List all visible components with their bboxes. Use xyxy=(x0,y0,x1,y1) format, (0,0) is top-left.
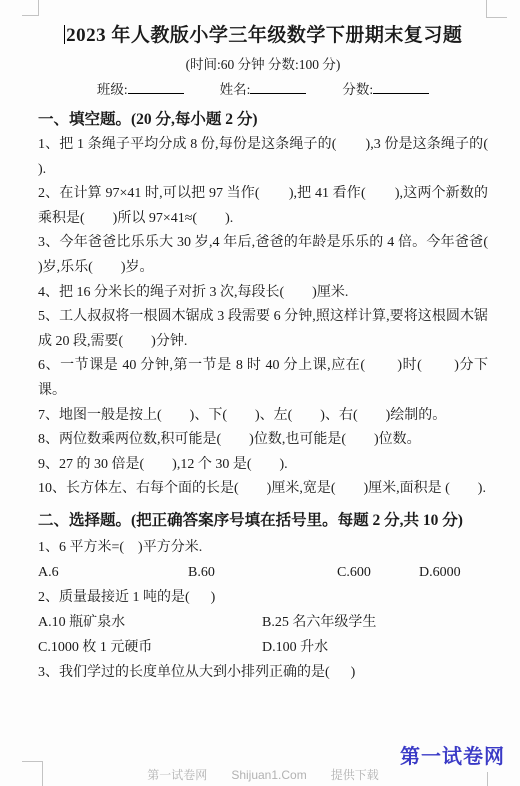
option-c: C.600 xyxy=(337,560,419,585)
fill-question-9: 9、27 的 30 倍是( ),12 个 30 是( ). xyxy=(38,453,488,478)
fill-question-2: 2、在计算 97×41 时,可以把 97 当作( ),把 41 看作( ),这两… xyxy=(38,182,488,231)
document-content: 2023 年人教版小学三年级数学下册期末复习题 (时间:60 分钟 分数:100… xyxy=(38,0,488,685)
fill-question-10: 10、长方体左、右每个面的长是( )厘米,宽是( )厘米,面积是 ( ). xyxy=(38,477,488,502)
exam-info-line: (时间:60 分钟 分数:100 分) xyxy=(38,57,488,73)
score-field: 分数: xyxy=(342,81,429,97)
choice-question-1: 1、6 平方米=( )平方分米. xyxy=(38,535,488,560)
section1-heading: 一、填空题。(20 分,每小题 2 分) xyxy=(38,110,488,129)
choice-question-2: 2、质量最接近 1 吨的是( ) xyxy=(38,585,488,610)
name-field: 姓名: xyxy=(220,81,307,97)
name-label: 姓名: xyxy=(220,82,251,97)
choice-question-3: 3、我们学过的长度单位从大到小排列正确的是( ) xyxy=(38,660,488,685)
document-page: 2023 年人教版小学三年级数学下册期末复习题 (时间:60 分钟 分数:100… xyxy=(0,0,520,786)
option-d: D.6000 xyxy=(419,560,461,585)
option-b: B.60 xyxy=(188,560,337,585)
margin-crop-mark-top-left xyxy=(22,0,39,16)
class-label: 班级: xyxy=(97,82,128,97)
text-cursor xyxy=(64,25,66,44)
option-a: A.6 xyxy=(38,560,188,585)
fill-question-5: 5、工人叔叔将一根圆木锯成 3 段需要 6 分钟,照这样计算,要将这根圆木锯成 … xyxy=(38,305,488,354)
student-info-fields: 班级: 姓名: 分数: xyxy=(38,81,488,97)
page-footer: 第一试卷网 Shijuan1.Com 提供下载 xyxy=(38,768,488,782)
section2-questions: 1、6 平方米=( )平方分米. A.6 B.60 C.600 D.6000 2… xyxy=(38,535,488,685)
score-blank-line[interactable] xyxy=(373,81,429,94)
footer-site-url[interactable]: Shijuan1.Com xyxy=(231,768,306,782)
site-watermark: 第一试卷网 xyxy=(400,746,505,768)
choice-question-2-options-row1: A.10 瓶矿泉水 B.25 名六年级学生 xyxy=(38,610,488,635)
section1-questions: 1、把 1 条绳子平均分成 8 份,每份是这条绳子的( ),3 份是这条绳子的(… xyxy=(38,133,488,502)
fill-question-8: 8、两位数乘两位数,积可能是( )位数,也可能是( )位数。 xyxy=(38,428,488,453)
class-field: 班级: xyxy=(97,81,184,97)
choice-question-1-options: A.6 B.60 C.600 D.6000 xyxy=(38,560,488,585)
section2-heading: 二、选择题。(把正确答案序号填在括号里。每题 2 分,共 10 分) xyxy=(38,511,488,530)
footer-site-name: 第一试卷网 xyxy=(147,768,207,782)
fill-question-7: 7、地图一般是按上( )、下( )、左( )、右( )绘制的。 xyxy=(38,404,488,429)
page-title: 2023 年人教版小学三年级数学下册期末复习题 xyxy=(38,24,488,47)
score-label: 分数: xyxy=(342,82,373,97)
name-blank-line[interactable] xyxy=(250,81,306,94)
choice-question-2-options-row2: C.1000 枚 1 元硬币 D.100 升水 xyxy=(38,635,488,660)
margin-crop-mark-bottom-right xyxy=(487,772,507,786)
option-c: C.1000 枚 1 元硬币 xyxy=(38,635,262,660)
fill-question-1: 1、把 1 条绳子平均分成 8 份,每份是这条绳子的( ),3 份是这条绳子的(… xyxy=(38,133,488,182)
option-a: A.10 瓶矿泉水 xyxy=(38,610,262,635)
margin-crop-mark-top-right xyxy=(486,0,507,18)
fill-question-6: 6、一节课是 40 分钟,第一节是 8 时 40 分上课,应在( )时( )分下… xyxy=(38,354,488,403)
footer-download-label: 提供下载 xyxy=(331,768,379,782)
page-title-text: 2023 年人教版小学三年级数学下册期末复习题 xyxy=(66,25,462,46)
fill-question-4: 4、把 16 分米长的绳子对折 3 次,每段长( )厘米. xyxy=(38,281,488,306)
option-b: B.25 名六年级学生 xyxy=(262,610,376,635)
fill-question-3: 3、今年爸爸比乐乐大 30 岁,4 年后,爸爸的年龄是乐乐的 4 倍。今年爸爸(… xyxy=(38,231,488,280)
option-d: D.100 升水 xyxy=(262,635,328,660)
class-blank-line[interactable] xyxy=(128,81,184,94)
